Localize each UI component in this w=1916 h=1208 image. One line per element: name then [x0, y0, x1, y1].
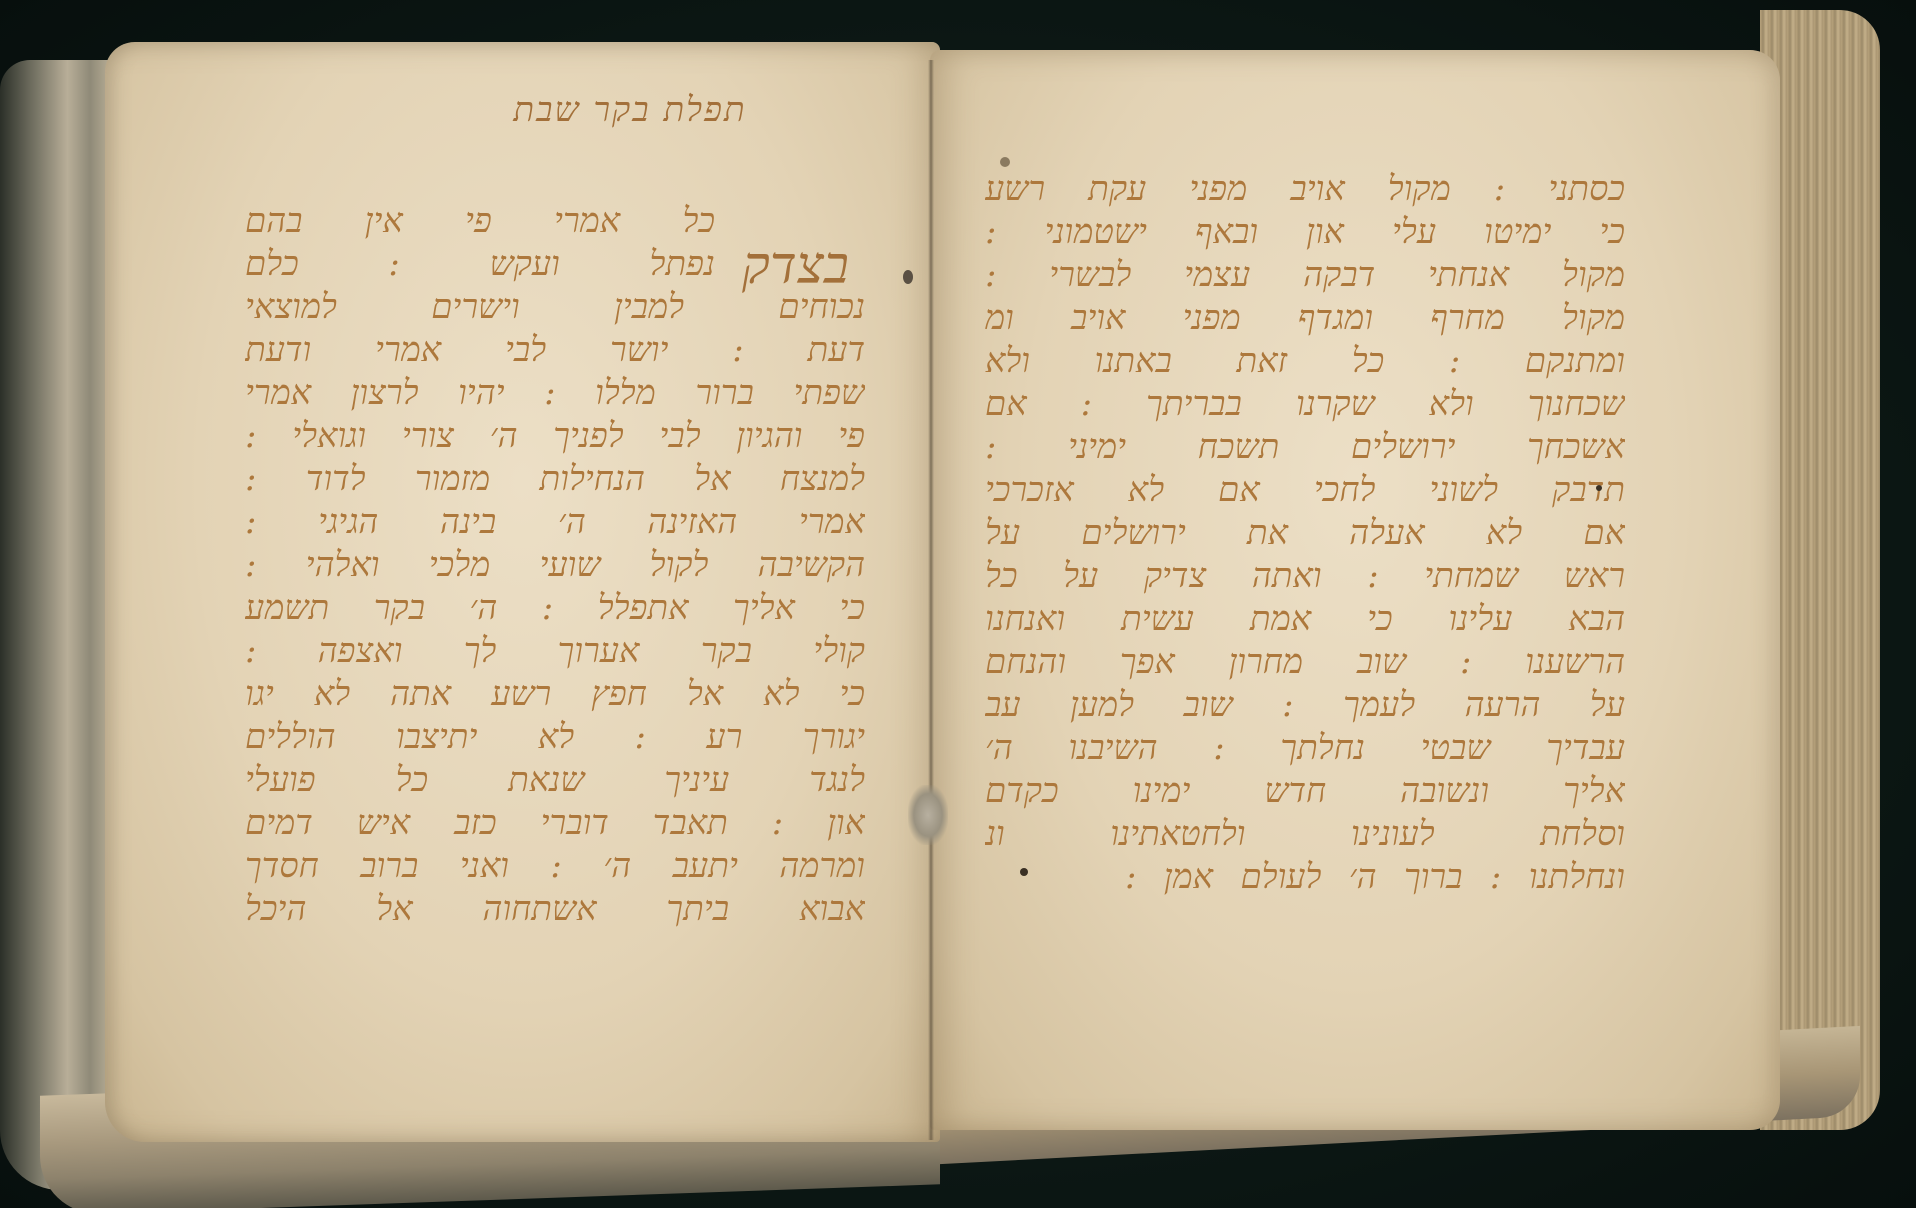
ink-spot: [1020, 868, 1028, 876]
text-line: שפתי ברור מללו : יהיו לרצון אמרי: [245, 372, 865, 415]
text-line: ראש שמחתי : ואתה צדיק על כל: [985, 555, 1625, 598]
text-line: על הרעה לעמך : שוב למען עב: [985, 684, 1625, 727]
text-line: פי והגיון לבי לפניך ה׳ צורי וגואלי :: [245, 415, 865, 458]
text-line: אם לא אעלה את ירושלים על: [985, 512, 1625, 555]
text-line: ונחלתנו : ברוך ה׳ לעולם אמן :: [1125, 856, 1625, 899]
text-line: יגורך רע : לא יתיצבו הוללים: [245, 716, 865, 759]
text-line: שכחנוך ולא שקרנו בבריתך : אם: [985, 383, 1625, 426]
text-line: אשכחך ירושלים תשכח ימיני :: [985, 426, 1625, 469]
text-line: אמרי האזינה ה׳ בינה הגיגי :: [245, 501, 865, 544]
text-line: קולי בקר אערוך לך ואצפה :: [245, 630, 865, 673]
text-line: תדבק לשוני לחכי אם לא אזכרכי: [985, 469, 1625, 512]
text-line: און : תאבד דוברי כזב איש דמים: [245, 802, 865, 845]
running-head: תפלת בקר שבת: [460, 90, 800, 130]
ink-spot: [1000, 157, 1010, 167]
text-line: לנגד עיניך שנאת כל פועלי: [245, 759, 865, 802]
text-line: הבא עלינו כי אמת עשית ואנחנו: [985, 598, 1625, 641]
book-spine-gutter: [928, 60, 934, 1140]
ink-spot: [903, 270, 913, 284]
text-line: אבוא ביתך אשתחוה אל היכל: [245, 888, 865, 931]
right-page-text: כסתני : מקול אויב מפני עקת רשע כי ימיטו …: [985, 168, 1625, 899]
text-line: ומרמה יתעב ה׳ : ואני ברוב חסדך: [245, 845, 865, 888]
gutter-tear: [908, 785, 948, 845]
text-line: כי אליך אתפלל : ה׳ בקר תשמע: [245, 587, 865, 630]
left-page-text: כל אמרי פי אין בהם נפתל ועקש : כלם נכוחי…: [245, 200, 865, 931]
text-line: הקשיבה לקול שועי מלכי ואלהי :: [245, 544, 865, 587]
text-line: כל אמרי פי אין בהם: [245, 200, 715, 243]
text-line: למנצח אל הנחילות מזמור לדוד :: [245, 458, 865, 501]
text-line: נפתל ועקש : כלם: [245, 243, 715, 286]
text-line: מקול אנחתי דבקה עצמי לבשרי :: [985, 254, 1625, 297]
text-line: וסלחת לעונינו ולחטאתינו ונ: [985, 813, 1625, 856]
text-line: ומתנקם : כל זאת באתנו ולא: [985, 340, 1625, 383]
text-line: עבדיך שבטי נחלתך : השיבנו ה׳: [985, 727, 1625, 770]
text-line: אליך ונשובה חדש ימינו כקדם: [985, 770, 1625, 813]
ink-spot: [1596, 485, 1602, 491]
text-line: כי ימיטו עלי און ובאף ישטמוני :: [985, 211, 1625, 254]
text-line: מקול מחרף ומגדף מפני אויב ומ: [985, 297, 1625, 340]
text-line: דעת : יושר לבי אמרי ודעת: [245, 329, 865, 372]
text-line: כסתני : מקול אויב מפני עקת רשע: [985, 168, 1625, 211]
text-line: נכוחים למבין וישרים למוצאי: [245, 286, 865, 329]
text-line: הרשענו : שוב מחרון אפך והנחם: [985, 641, 1625, 684]
text-line: כי לא אל חפץ רשע אתה לא יגו: [245, 673, 865, 716]
